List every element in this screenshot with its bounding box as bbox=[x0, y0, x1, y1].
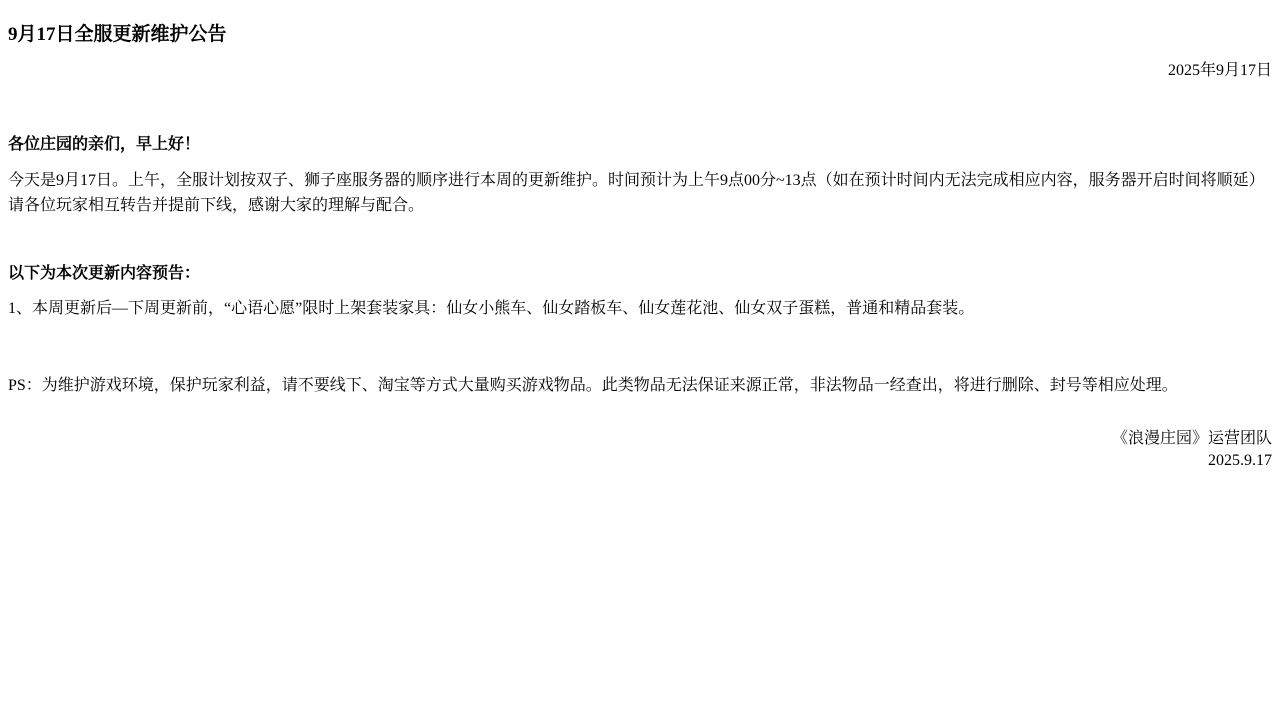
section-heading: 以下为本次更新内容预告： bbox=[8, 264, 1272, 283]
greeting-line: 各位庄园的亲们，早上好！ bbox=[8, 135, 1272, 154]
signature-block: 《浪漫庄园》运营团队 2025.9.17 bbox=[8, 428, 1272, 472]
announcement-page: 9月17日全服更新维护公告 2025年9月17日 各位庄园的亲们，早上好！ 今天… bbox=[0, 0, 1280, 720]
announcement-title: 9月17日全服更新维护公告 bbox=[8, 0, 1272, 47]
signature-team: 《浪漫庄园》运营团队 bbox=[1112, 430, 1272, 447]
ps-note: PS：为维护游戏环境，保护玩家利益，请不要线下、淘宝等方式大量购买游戏物品。此类… bbox=[8, 373, 1272, 398]
signature-date: 2025.9.17 bbox=[1208, 452, 1272, 469]
intro-paragraph: 今天是9月17日。上午，全服计划按双子、狮子座服务器的顺序进行本周的更新维护。时… bbox=[8, 168, 1272, 218]
update-item-1: 1、本周更新后—下周更新前，“心语心愿”限时上架套装家具：仙女小熊车、仙女踏板车… bbox=[8, 296, 1272, 321]
announcement-date: 2025年9月17日 bbox=[8, 61, 1272, 80]
